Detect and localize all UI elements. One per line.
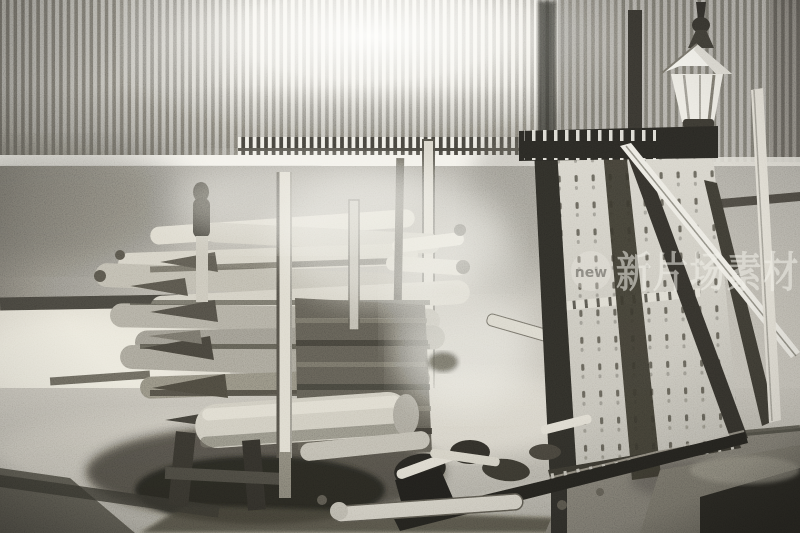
watermark-logo-text: new [575, 265, 607, 281]
antique-photo: new 新片场素材 [0, 0, 800, 533]
watermark-text: 新片场素材 [616, 248, 800, 297]
photo-frame: new 新片场素材 [0, 0, 800, 533]
